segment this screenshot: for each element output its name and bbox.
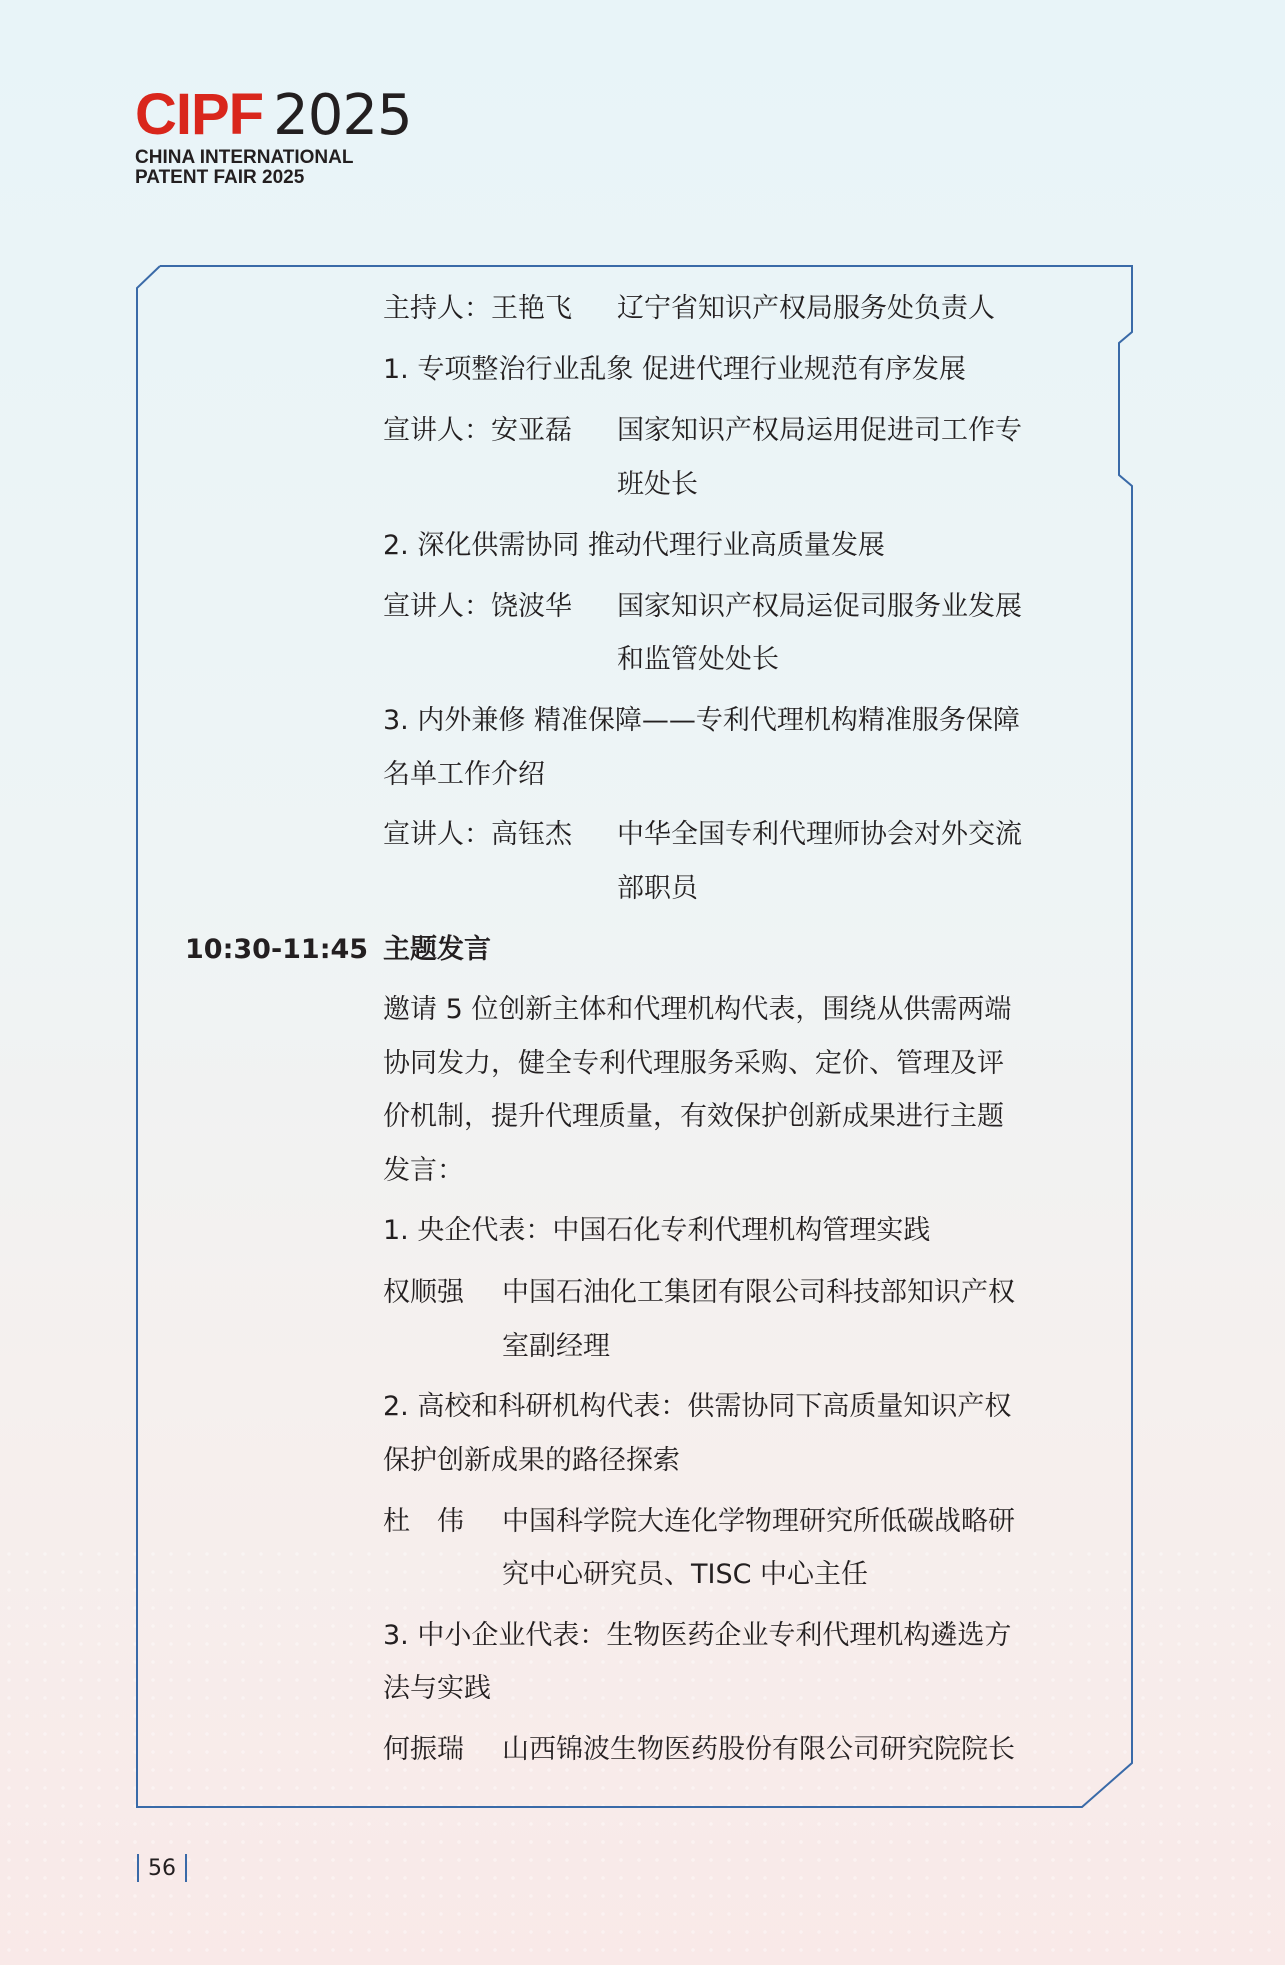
speech-speaker-role: 山西锦波生物医药股份有限公司研究院院长 (502, 1733, 1015, 1767)
speech-title-cont: 保护创新成果的路径探索 (383, 1444, 680, 1478)
host-role: 辽宁省知识产权局服务处负责人 (617, 292, 995, 326)
speech-title: 1. 央企代表：中国石化专利代理机构管理实践 (383, 1214, 930, 1248)
session-intro: 价机制，提升代理质量，有效保护创新成果进行主题 (383, 1100, 1004, 1134)
speech-title-cont: 法与实践 (383, 1672, 491, 1706)
speaker-role: 国家知识产权局运促司服务业发展 (617, 590, 1022, 624)
speaker-role: 国家知识产权局运用促进司工作专 (617, 414, 1022, 448)
speech-speaker-role: 中国科学院大连化学物理研究所低碳战略研 (502, 1505, 1015, 1539)
speech-speaker: 权顺强 (383, 1276, 464, 1310)
speaker-role-cont: 和监管处处长 (617, 643, 779, 677)
speaker-role-cont: 部职员 (617, 872, 698, 906)
page-number-text: 56 (148, 1856, 176, 1881)
speech-title: 3. 中小企业代表：生物医药企业专利代理机构遴选方 (383, 1619, 1011, 1653)
speech-speaker: 何振瑞 (383, 1733, 464, 1767)
speech-speaker-role: 中国石油化工集团有限公司科技部知识产权 (502, 1276, 1015, 1310)
host-label: 主持人：王艳飞 (383, 292, 572, 326)
session-title: 主题发言 (383, 933, 491, 967)
speaker-label: 宣讲人：高钰杰 (383, 818, 572, 852)
session-intro: 邀请 5 位创新主体和代理机构代表，围绕从供需两端 (383, 993, 1011, 1027)
session-time: 10:30-11:45 (185, 933, 368, 967)
speech-title: 2. 高校和科研机构代表：供需协同下高质量知识产权 (383, 1390, 1011, 1424)
speaker-role: 中华全国专利代理师协会对外交流 (617, 818, 1022, 852)
speaker-role-cont: 班处长 (617, 468, 698, 502)
talk-title-cont: 名单工作介绍 (383, 758, 545, 792)
session-intro: 协同发力，健全专利代理服务采购、定价、管理及评 (383, 1047, 1004, 1081)
speech-speaker-role-cont: 室副经理 (502, 1330, 610, 1364)
speaker-label: 宣讲人：安亚磊 (383, 414, 572, 448)
talk-title: 3. 内外兼修 精准保障——专利代理机构精准服务保障 (383, 704, 1020, 738)
page-number-left-bar (137, 1854, 139, 1882)
page-number-right-bar (185, 1854, 187, 1882)
speech-speaker-role-cont: 究中心研究员、TISC 中心主任 (502, 1558, 868, 1592)
speaker-label: 宣讲人：饶波华 (383, 590, 572, 624)
talk-title: 1. 专项整治行业乱象 促进代理行业规范有序发展 (383, 353, 966, 387)
session-intro: 发言： (383, 1154, 464, 1188)
talk-title: 2. 深化供需协同 推动代理行业高质量发展 (383, 529, 885, 563)
speech-speaker: 杜 伟 (383, 1505, 464, 1539)
page-number: 56 (137, 1853, 187, 1883)
